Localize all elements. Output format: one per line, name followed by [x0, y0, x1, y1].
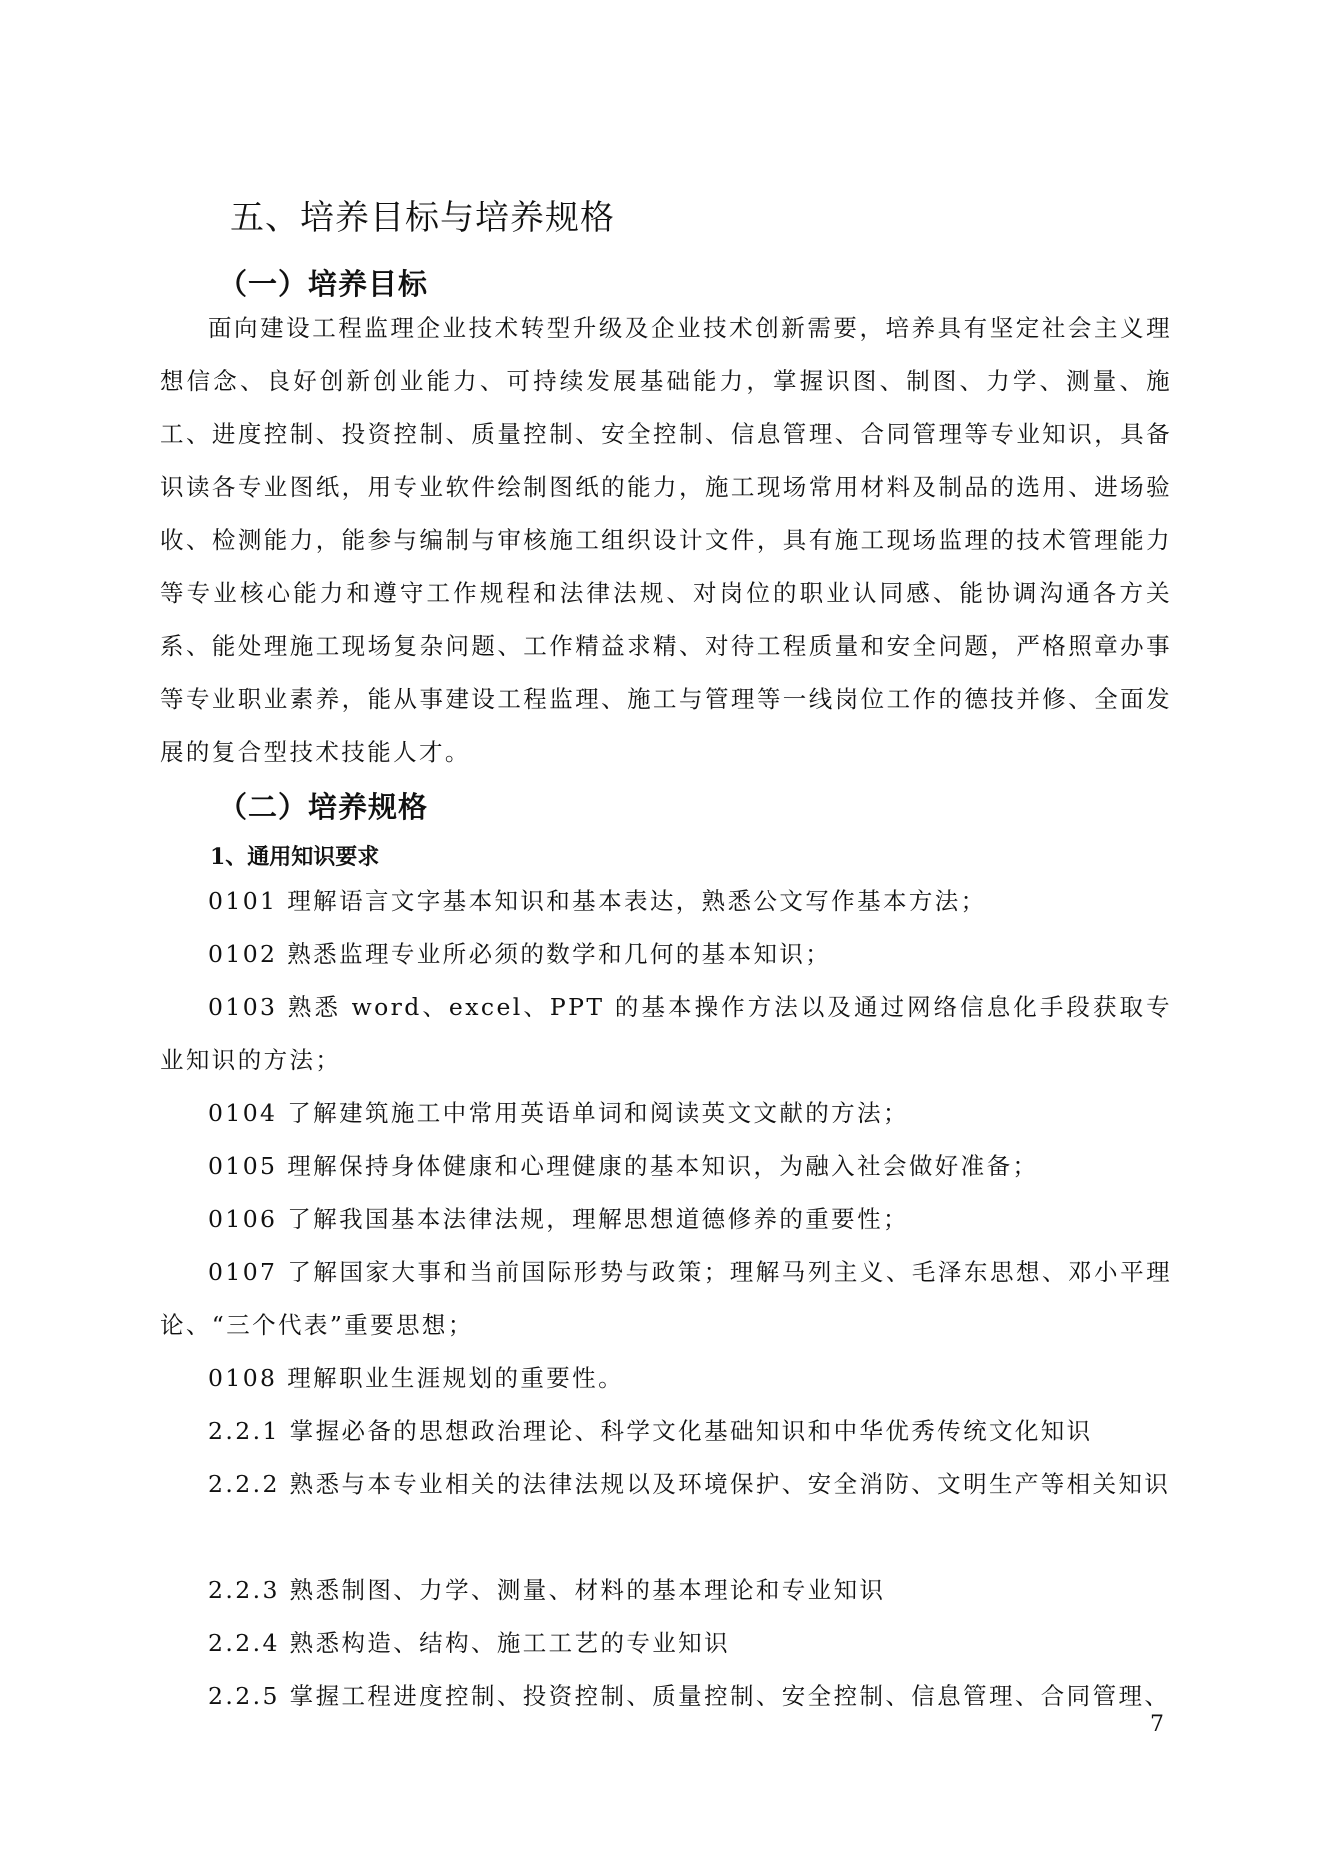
spec-item: 0106 了解我国基本法律法规，理解思想道德修养的重要性；	[160, 1193, 1172, 1246]
spec-heading: （二）培养规格	[218, 785, 428, 826]
spec-item: 0104 了解建筑施工中常用英语单词和阅读英文文献的方法；	[160, 1087, 1172, 1140]
spec-item: 2.2.1 掌握必备的思想政治理论、科学文化基础知识和中华优秀传统文化知识	[160, 1405, 1172, 1458]
spec-item: 2.2.3 熟悉制图、力学、测量、材料的基本理论和专业知识	[160, 1564, 1172, 1617]
section-title: 五、培养目标与培养规格	[230, 190, 615, 239]
spec-item: 0103 熟悉 word、excel、PPT 的基本操作方法以及通过网络信息化手…	[160, 981, 1172, 1087]
goal-paragraph: 面向建设工程监理企业技术转型升级及企业技术创新需要，培养具有坚定社会主义理想信念…	[160, 302, 1172, 779]
goal-heading: （一）培养目标	[218, 262, 428, 303]
spec-item: 0108 理解职业生涯规划的重要性。	[160, 1352, 1172, 1405]
spec-subheading: 1、通用知识要求	[210, 840, 379, 871]
page-number: 7	[1150, 1712, 1164, 1737]
spec-item: 2.2.4 熟悉构造、结构、施工工艺的专业知识	[160, 1617, 1172, 1670]
spec-item: 0105 理解保持身体健康和心理健康的基本知识，为融入社会做好准备；	[160, 1140, 1172, 1193]
document-page: 五、培养目标与培养规格 （一）培养目标 面向建设工程监理企业技术转型升级及企业技…	[0, 0, 1323, 1871]
spec-item: 0101 理解语言文字基本知识和基本表达，熟悉公文写作基本方法；	[160, 875, 1172, 928]
spec-item: 0107 了解国家大事和当前国际形势与政策；理解马列主义、毛泽东思想、邓小平理论…	[160, 1246, 1172, 1352]
spec-item: 2.2.5 掌握工程进度控制、投资控制、质量控制、安全控制、信息管理、合同管理、	[160, 1670, 1172, 1723]
spec-item: 2.2.2 熟悉与本专业相关的法律法规以及环境保护、安全消防、文明生产等相关知识	[160, 1458, 1172, 1511]
spec-item: 0102 熟悉监理专业所必须的数学和几何的基本知识；	[160, 928, 1172, 981]
